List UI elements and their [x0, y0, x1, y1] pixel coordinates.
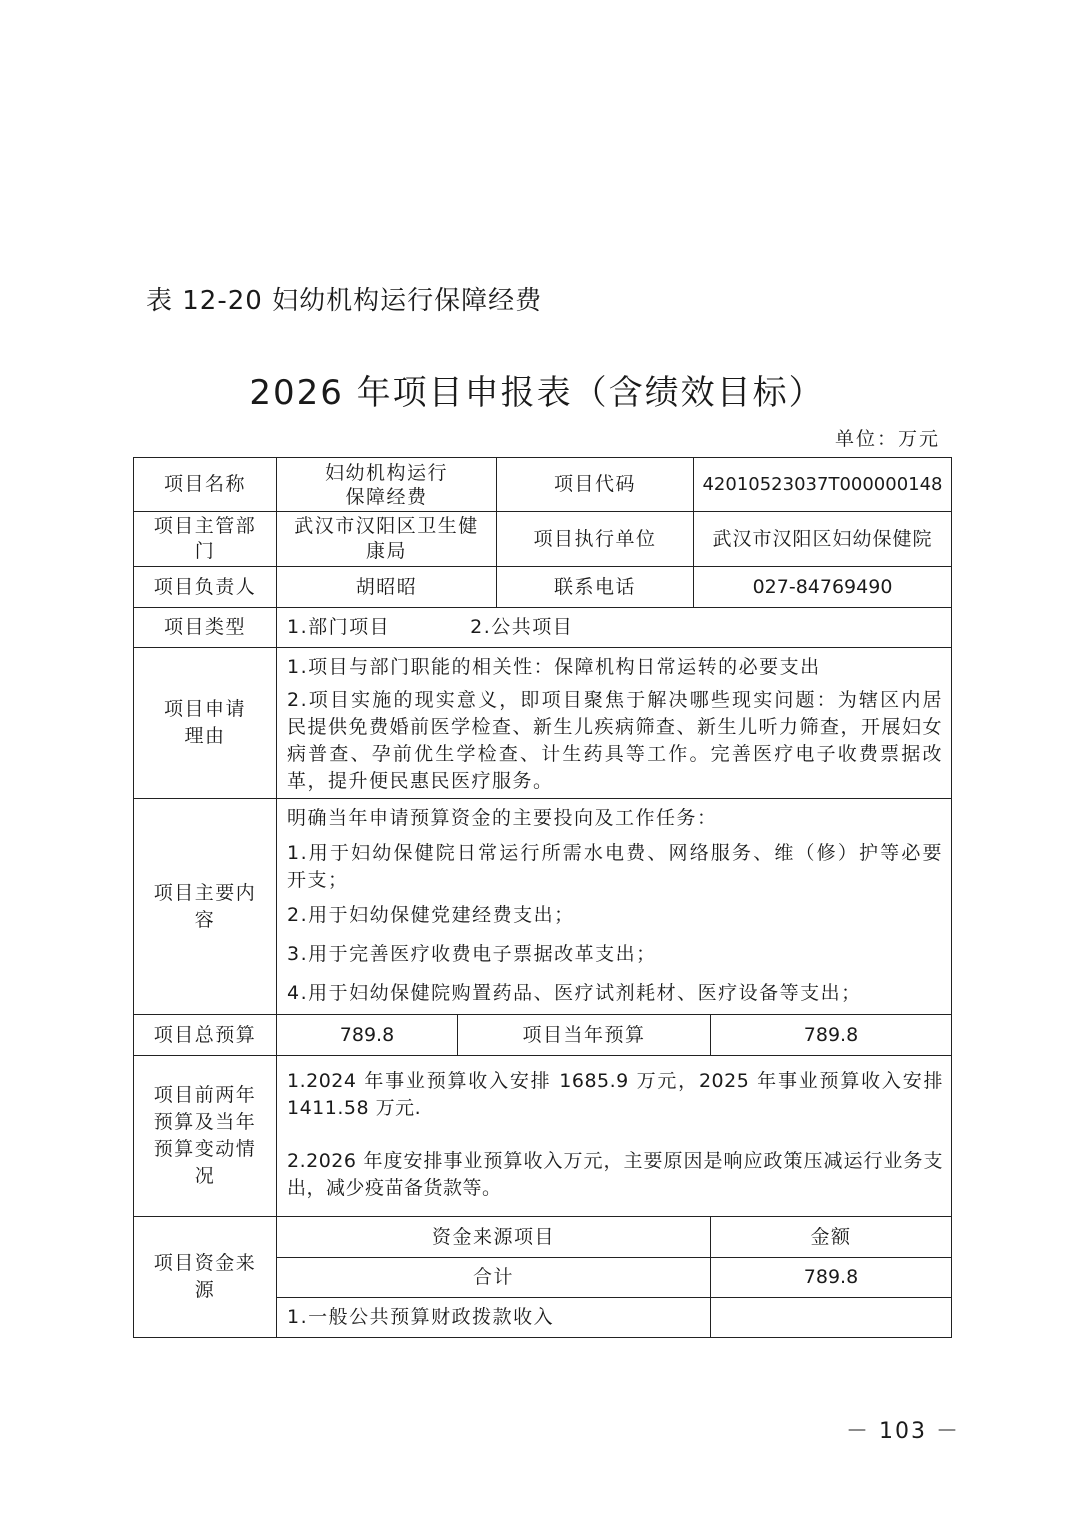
funding-header-amount: 金额: [710, 1216, 952, 1258]
type-option-2: 2.公共项目: [470, 614, 573, 641]
content-item: 明确当年申请预算资金的主要投向及工作任务：: [287, 805, 943, 832]
reason-item: 1.项目与部门职能的相关性：保障机构日常运转的必要支出: [287, 654, 943, 681]
funding-row-amount: 789.8: [710, 1257, 952, 1298]
unit-label: 单位：万元: [835, 424, 940, 451]
page-number: － 103 －: [846, 1414, 960, 1445]
label-type: 项目类型: [133, 607, 277, 648]
change-item: 2.2026 年度安排事业预算收入万元，主要原因是响应政策压减运行业务支出，减少…: [287, 1148, 943, 1202]
project-name-line2: 保障经费: [345, 485, 427, 509]
funding-row-amount: [710, 1297, 952, 1338]
funding-row-item: 1.一般公共预算财政拨款收入: [276, 1297, 711, 1338]
value-reason: 1.项目与部门职能的相关性：保障机构日常运转的必要支出 2.项目实施的现实意义，…: [276, 647, 952, 799]
label-budget-change: 项目前两年预算及当年预算变动情况: [133, 1055, 277, 1217]
change-item: 1.2024 年事业预算收入安排 1685.9 万元，2025 年事业预算收入安…: [287, 1068, 943, 1122]
project-name-line1: 妇幼机构运行: [325, 461, 448, 485]
type-option-1: 1.部门项目: [287, 614, 390, 641]
reason-item: 2.项目实施的现实意义，即项目聚焦于解决哪些现实问题：为辖区内居民提供免费婚前医…: [287, 687, 943, 795]
content-item: 4.用于妇幼保健院购置药品、医疗试剂耗材、医疗设备等支出；: [287, 980, 943, 1007]
label-total-budget: 项目总预算: [133, 1014, 277, 1056]
value-content: 明确当年申请预算资金的主要投向及工作任务： 1.用于妇幼保健院日常运行所需水电费…: [276, 798, 952, 1015]
value-project-name: 妇幼机构运行 保障经费: [276, 457, 497, 512]
value-exec-unit: 武汉市汉阳区妇幼保健院: [693, 511, 952, 567]
label-exec-unit: 项目执行单位: [496, 511, 694, 567]
value-owner: 胡昭昭: [276, 566, 497, 608]
value-project-code: 42010523037T000000148: [693, 457, 952, 512]
label-project-code: 项目代码: [496, 457, 694, 512]
funding-header-item: 资金来源项目: [276, 1216, 711, 1258]
content-item: 1.用于妇幼保健院日常运行所需水电费、网络服务、维（修）护等必要开支；: [287, 840, 943, 894]
dept-label-text: 项目主管部门: [150, 514, 260, 564]
page-title: 2026 年项目申报表（含绩效目标）: [0, 365, 1074, 414]
dept-line2: 康局: [366, 539, 407, 564]
value-dept: 武汉市汉阳区卫生健 康局: [276, 511, 497, 567]
value-type: 1.部门项目 2.公共项目: [276, 607, 952, 648]
label-phone: 联系电话: [496, 566, 694, 608]
value-year-budget: 789.8: [710, 1014, 952, 1056]
label-content: 项目主要内容: [133, 798, 277, 1015]
label-owner: 项目负责人: [133, 566, 277, 608]
label-funding-source: 项目资金来源: [133, 1216, 277, 1338]
value-budget-change: 1.2024 年事业预算收入安排 1685.9 万元，2025 年事业预算收入安…: [276, 1055, 952, 1217]
value-total-budget: 789.8: [276, 1014, 458, 1056]
table-caption: 表 12-20 妇幼机构运行保障经费: [146, 280, 542, 317]
content-item: 3.用于完善医疗收费电子票据改革支出；: [287, 941, 943, 968]
label-project-name: 项目名称: [133, 457, 277, 512]
funding-row-item: 合计: [276, 1257, 711, 1298]
content-item: 2.用于妇幼保健党建经费支出；: [287, 902, 943, 929]
label-reason: 项目申请理由: [133, 647, 277, 799]
label-dept: 项目主管部门: [133, 511, 277, 567]
value-phone: 027-84769490: [693, 566, 952, 608]
dept-line1: 武汉市汉阳区卫生健: [294, 514, 479, 539]
label-year-budget: 项目当年预算: [457, 1014, 711, 1056]
